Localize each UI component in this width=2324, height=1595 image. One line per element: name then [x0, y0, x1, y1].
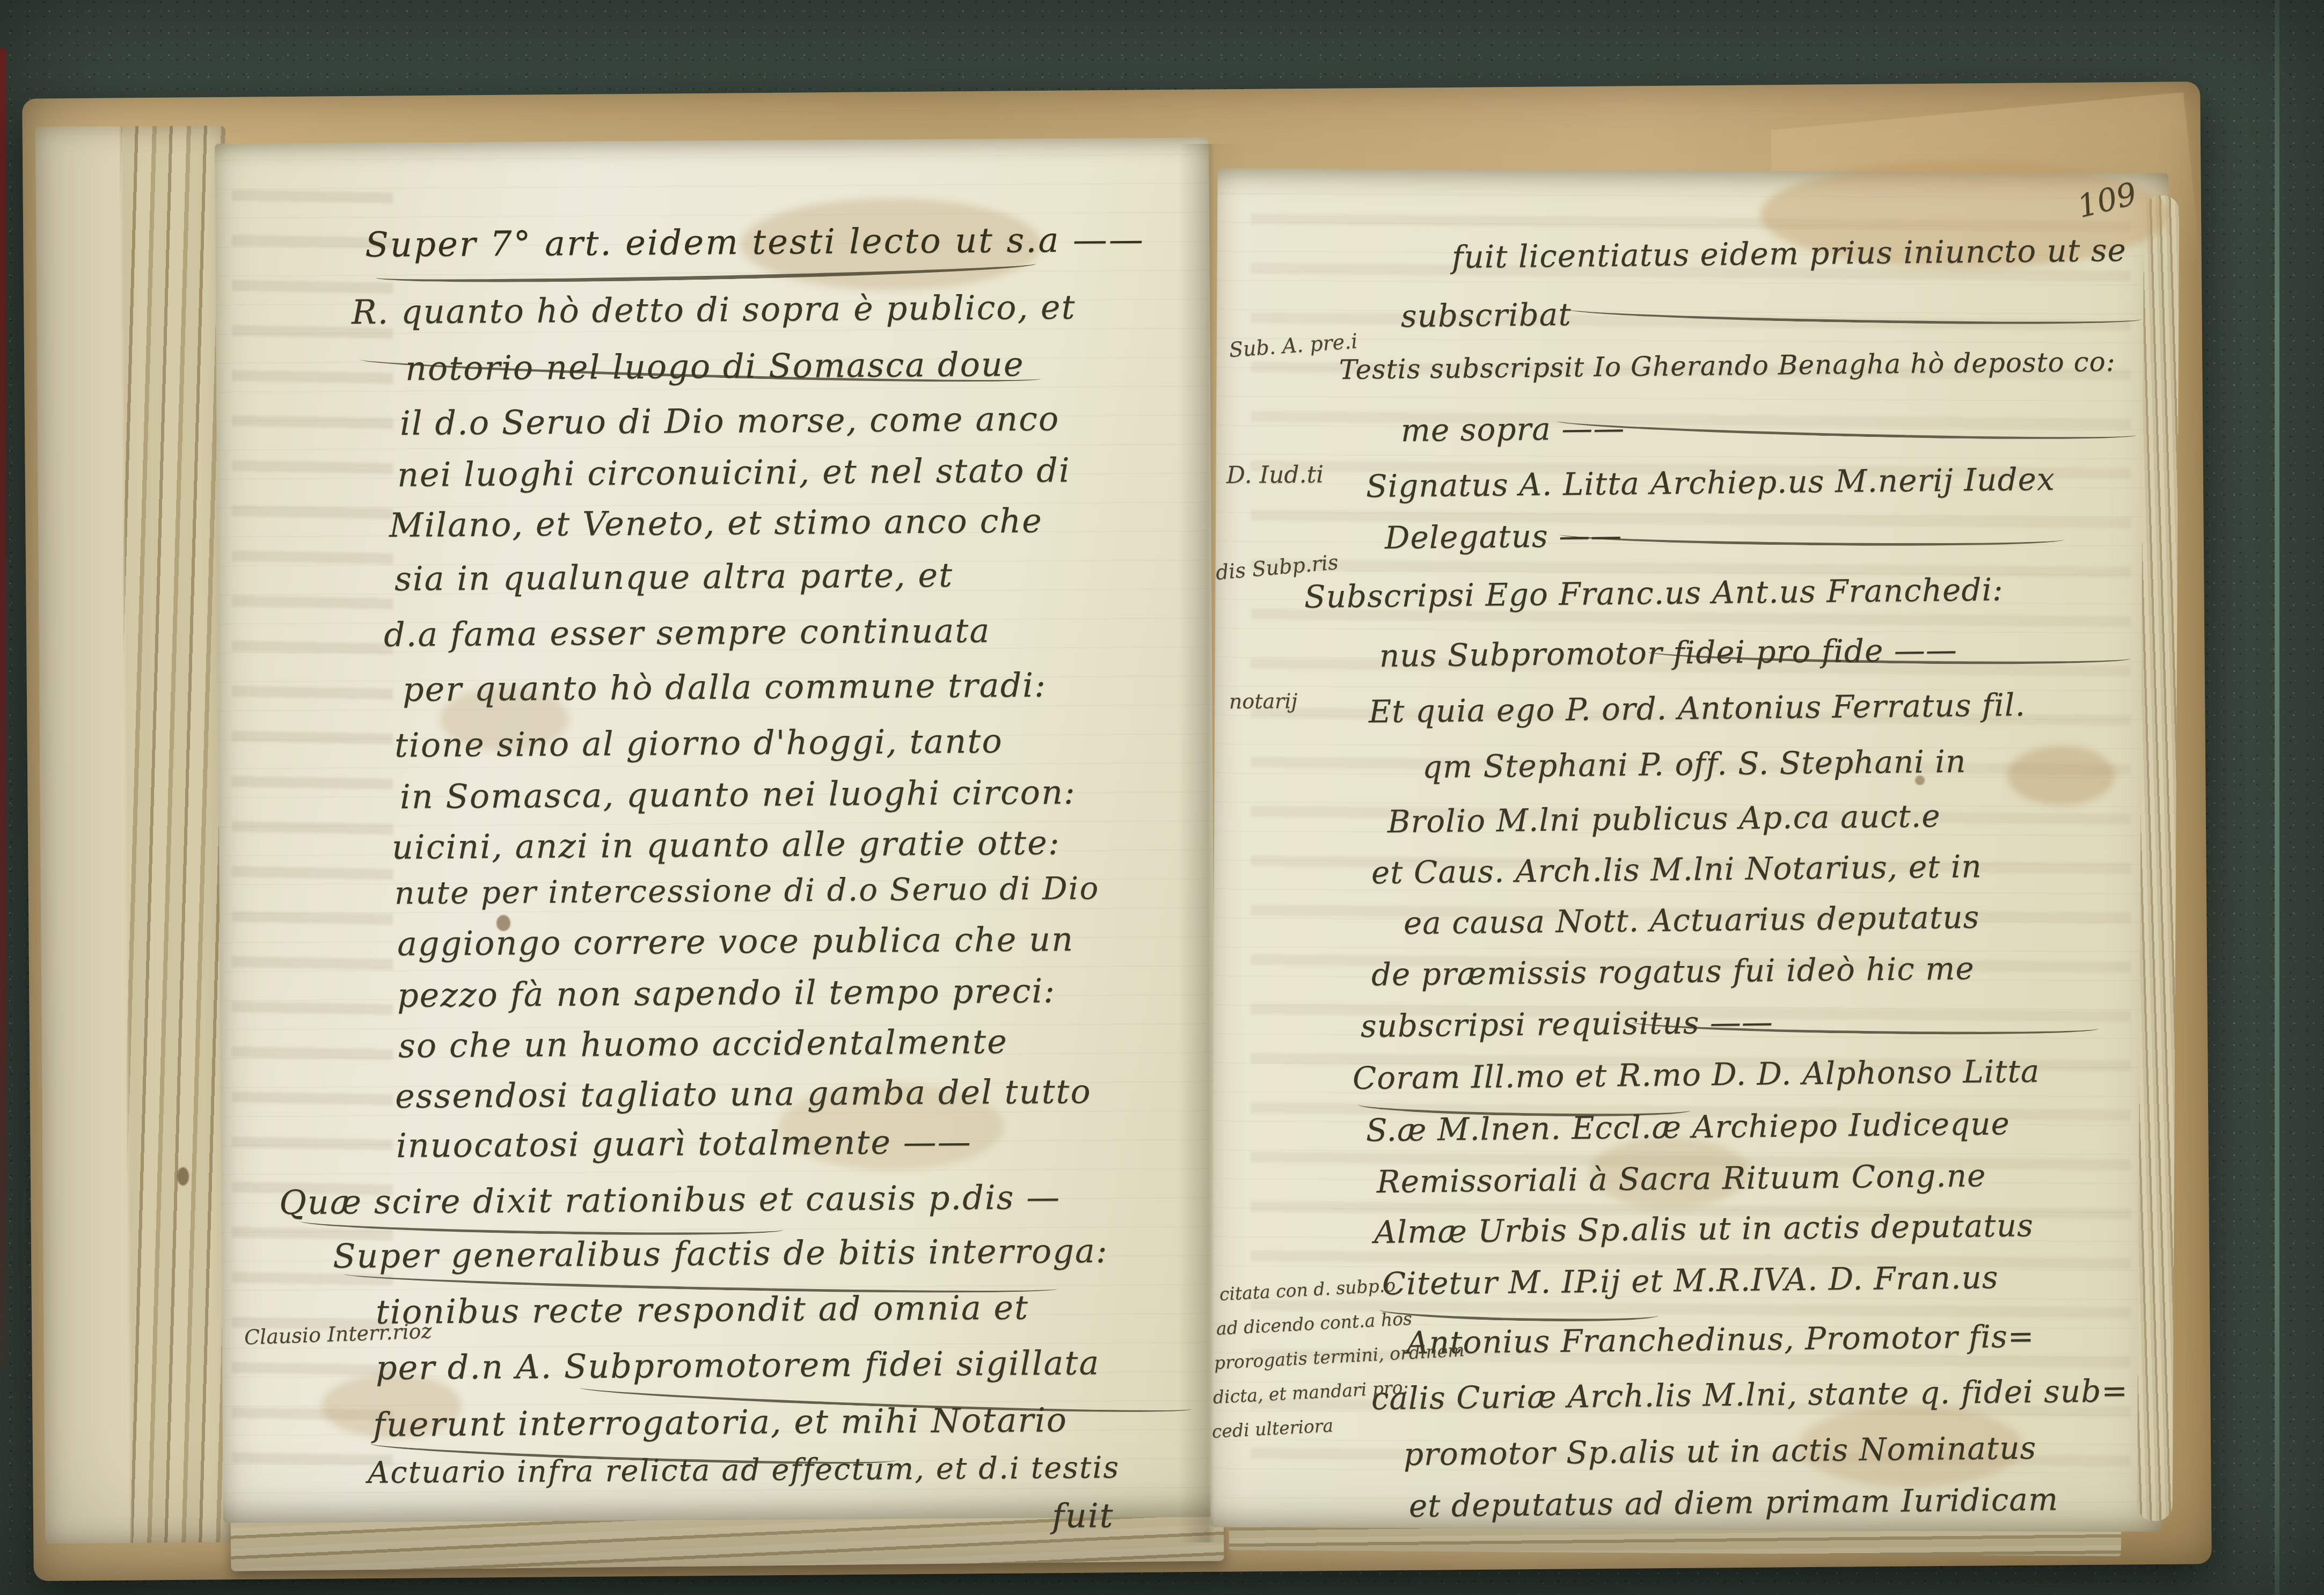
manuscript-line: promotor Sp.alis ut in actis Nominatus [1404, 1430, 2037, 1473]
manuscript-line: d.a fama esser sempre continuata [384, 611, 991, 654]
manuscript-line: tione sino al giorno d'hoggi, tanto [394, 721, 1003, 765]
manuscript-line: et deputatus ad diem primam Iuridicam [1409, 1481, 2059, 1524]
manuscript-line: Subscripsi Ego Franc.us Ant.us Franchedi… [1304, 571, 2004, 615]
manuscript-line: per quanto hò dalla commune tradi: [403, 665, 1047, 709]
manuscript-line: Quæ scire dixit rationibus et causis p.d… [279, 1177, 1061, 1222]
manuscript-line: me sopra —— [1401, 410, 1625, 449]
manuscript-line: Citetur M. IP.ij et M.R.IVA. D. Fran.us [1382, 1259, 1999, 1302]
manuscript-line: fuit licentiatus eidem prius iniuncto ut… [1452, 232, 2127, 275]
manuscript-line: fuerunt interrogatoria, et mihi Notario [373, 1400, 1068, 1444]
manuscript-line: Antonius Franchedinus, Promotor fis= [1406, 1318, 2035, 1361]
manuscript-line: nus Subpromotor fidei pro fide —— [1379, 632, 1957, 674]
manuscript-line: Brolio M.lni publicus Ap.ca auct.e [1387, 797, 1941, 840]
manuscript-line: inuocatosi guarì totalmente —— [396, 1122, 972, 1165]
left-edge-red-strip [0, 48, 6, 1369]
manuscript-line: Almæ Urbis Sp.alis ut in actis deputatus [1374, 1207, 2034, 1250]
manuscript-line: Delegatus —— [1385, 517, 1623, 556]
manuscript-line: subscripsi requisitus —— [1361, 1004, 1774, 1044]
manuscript-line: uicini, anzi in quanto alle gratie otte: [392, 823, 1061, 867]
manuscript-line: Actuario infra relicta ad effectum, et d… [368, 1450, 1120, 1490]
manuscript-line: tionibus recte respondit ad omnia et [376, 1288, 1029, 1331]
background-cloth-seam [2275, 0, 2279, 1595]
manuscript-line: ea causa Nott. Actuarius deputatus [1404, 899, 1980, 941]
manuscript-line: il d.o Seruo di Dio morse, come anco [400, 399, 1060, 443]
right-fore-edge [2137, 195, 2180, 1521]
manuscript-line: per d.n A. Subpromotorem fidei sigillata [376, 1343, 1100, 1387]
manuscript-line: Coram Ill.mo et R.mo D. D. Alphonso Litt… [1353, 1053, 2040, 1096]
margin-note: D. Iud.ti [1226, 461, 1324, 489]
manuscript-line: Signatus A. Litta Archiep.us M.nerij Iud… [1366, 461, 2055, 504]
manuscript-line: qm Stephani P. off. S. Stephani in [1422, 743, 1967, 785]
manuscript-line: et Caus. Arch.lis M.lni Notarius, et in [1371, 848, 1982, 891]
manuscript-line: notorio nel luogo di Somasca doue [405, 345, 1025, 388]
manuscript-line: Et quia ego P. ord. Antonius Ferratus fi… [1369, 686, 2026, 730]
manuscript-line: de præmissis rogatus fui ideò hic me [1371, 950, 1975, 993]
manuscript-line: aggiongo correre voce publica che un [397, 919, 1074, 963]
manuscript-line: Super generalibus factis de bitis interr… [333, 1231, 1108, 1276]
manuscript-line: fuit [1052, 1496, 1114, 1535]
manuscript-line: R. quanto hò detto di sopra è publico, e… [352, 288, 1076, 332]
manuscript-line: so che un huomo accidentalmente [398, 1022, 1008, 1065]
manuscript-line: S.æ M.lnen. Eccl.æ Archiepo Iudiceque [1366, 1105, 2011, 1148]
manuscript-line: in Somasca, quanto nei luoghi circon: [400, 772, 1076, 816]
manuscript-line: essendosi tagliato una gamba del tutto [395, 1072, 1092, 1116]
manuscript-line: nei luoghi circonuicini, et nel stato di [397, 450, 1071, 494]
manuscript-line: subscribat [1401, 296, 1572, 334]
margin-note: notarij [1229, 689, 1298, 713]
manuscript-line: Milano, et Veneto, et stimo anco che [389, 501, 1043, 545]
left-page-stack-edges [35, 126, 236, 1543]
manuscript-line: nute per intercessione di d.o Seruo di D… [394, 870, 1100, 911]
manuscript-line: Remissoriali à Sacra Rituum Cong.ne [1377, 1157, 1986, 1200]
manuscript-line: pezzo fà non sapendo il tempo preci: [397, 971, 1056, 1015]
section-heading: Super 7° art. eidem testi lecto ut s.a —… [365, 220, 1145, 265]
manuscript-line: sia in qualunque altra parte, et [394, 555, 954, 598]
manuscript-photo: Super 7° art. eidem testi lecto ut s.a —… [0, 0, 2324, 1595]
